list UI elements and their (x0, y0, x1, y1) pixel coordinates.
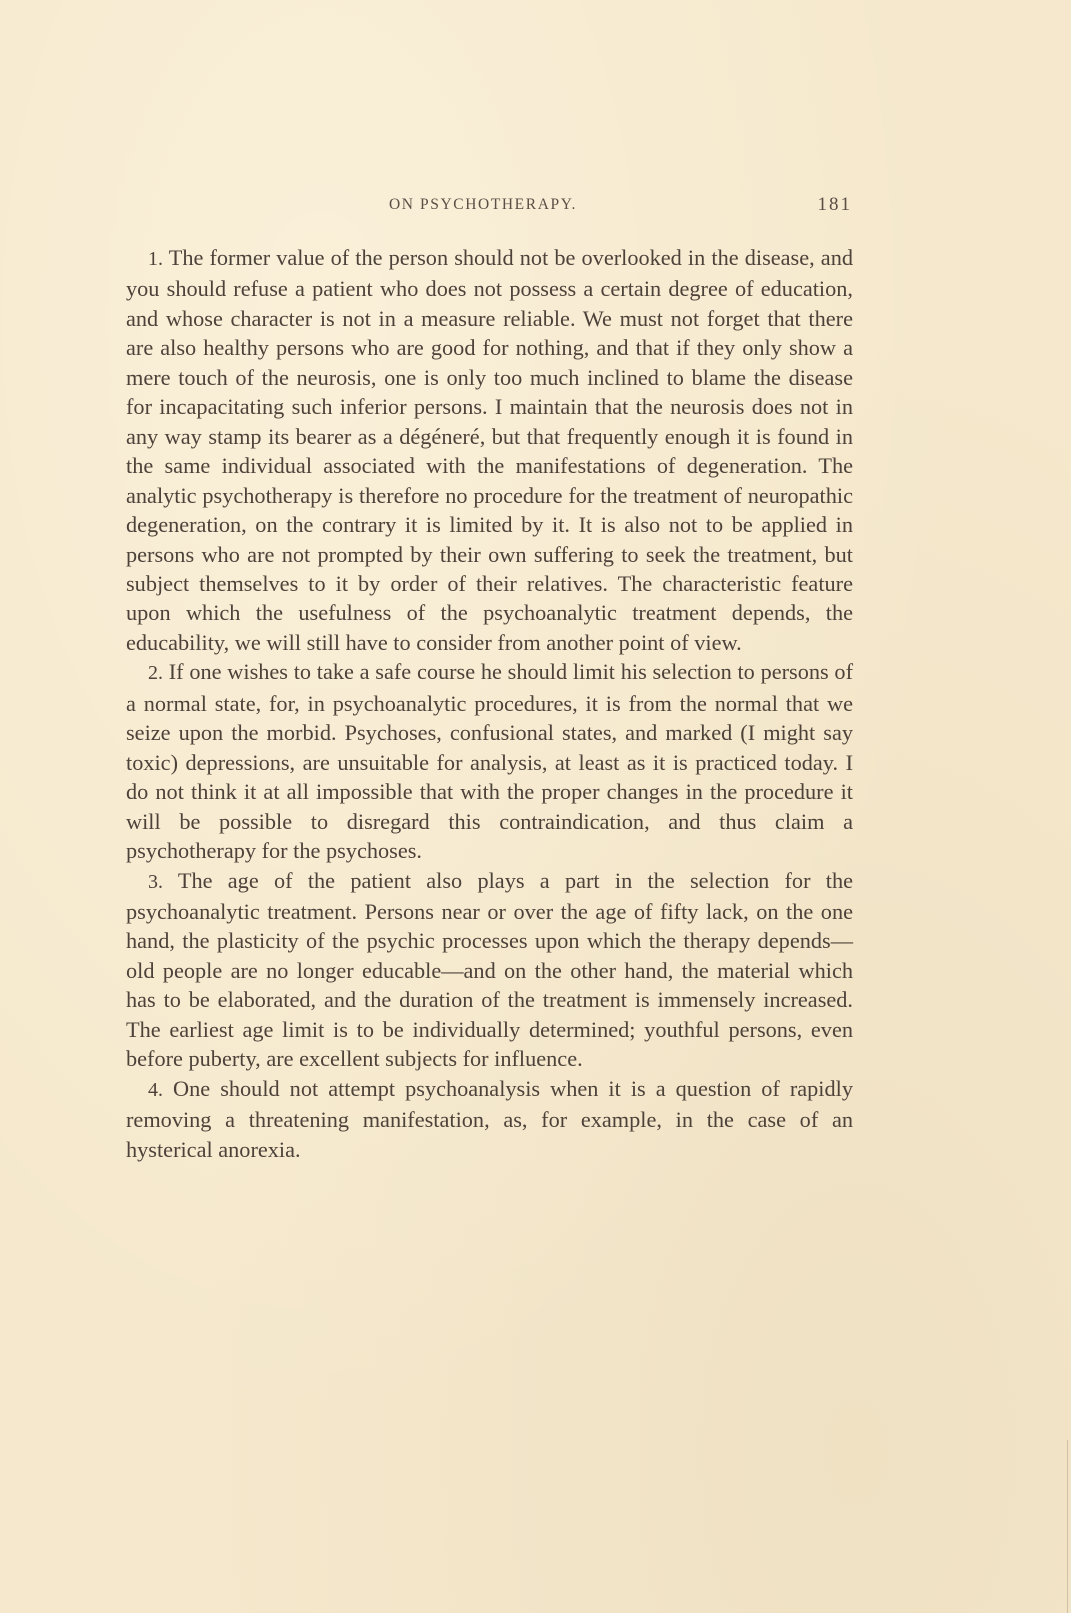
page-edge-line (1067, 1440, 1068, 1613)
paragraph-number: 1. (148, 248, 163, 270)
paragraph-text: The former value of the person should no… (126, 245, 853, 655)
paragraph-number: 2. (148, 662, 163, 684)
paragraph-number: 4. (148, 1079, 163, 1101)
paragraph-1: 1. The former value of the person should… (126, 243, 853, 657)
paragraph-3: 3. The age of the patient also plays a p… (126, 866, 853, 1074)
page-number: 181 (818, 194, 853, 216)
paragraph-text: If one wishes to take a safe course he s… (126, 659, 853, 863)
body-text: 1. The former value of the person should… (126, 243, 853, 1164)
running-title: ON PSYCHOTHERAPY. (124, 196, 852, 214)
paragraph-4: 4. One should not attempt psychoanalysis… (126, 1074, 853, 1164)
paragraph-text: The age of the patient also plays a part… (126, 868, 853, 1072)
paragraph-2: 2. If one wishes to take a safe course h… (126, 657, 853, 865)
paragraph-text: One should not attempt psychoanalysis wh… (126, 1076, 853, 1162)
running-head: ON PSYCHOTHERAPY. 181 (124, 192, 852, 220)
paragraph-number: 3. (148, 871, 163, 893)
